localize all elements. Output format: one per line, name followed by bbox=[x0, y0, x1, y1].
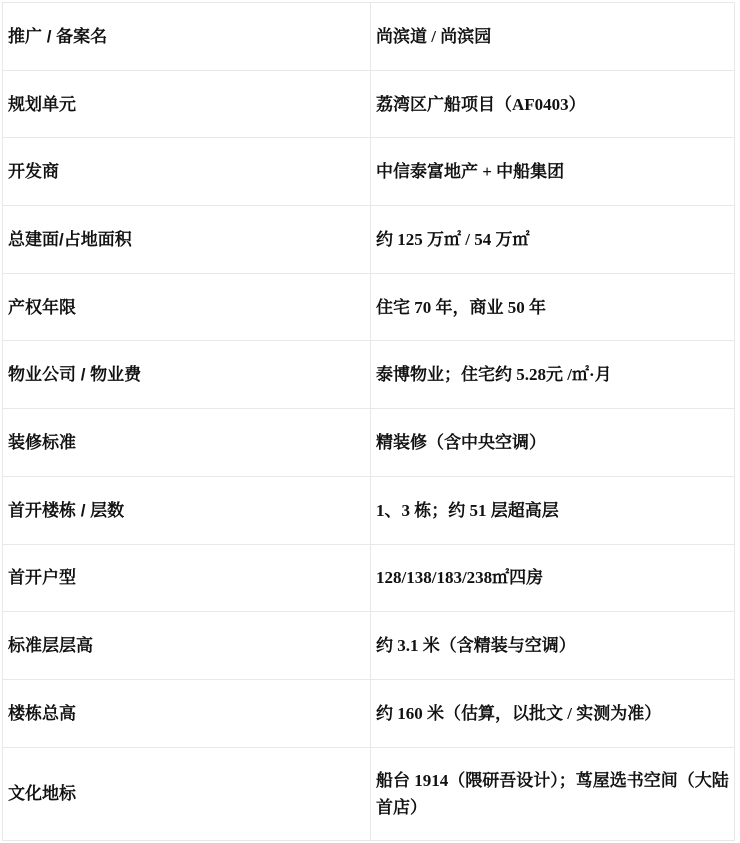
table-row: 文化地标 船台 1914（隈研吾设计）；茑屋选书空间（大陆首店） bbox=[3, 747, 735, 840]
field-label: 开发商 bbox=[3, 138, 371, 206]
field-value: 中信泰富地产 + 中船集团 bbox=[371, 138, 735, 206]
table-row: 产权年限 住宅 70 年，商业 50 年 bbox=[3, 273, 735, 341]
field-label: 推广 / 备案名 bbox=[3, 3, 371, 71]
field-value: 精装修（含中央空调） bbox=[371, 409, 735, 477]
field-label: 标准层层高 bbox=[3, 612, 371, 680]
field-value: 住宅 70 年，商业 50 年 bbox=[371, 273, 735, 341]
field-label: 产权年限 bbox=[3, 273, 371, 341]
table-row: 首开楼栋 / 层数 1、3 栋；约 51 层超高层 bbox=[3, 476, 735, 544]
field-label: 总建面/占地面积 bbox=[3, 206, 371, 274]
table-row: 推广 / 备案名 尚滨道 / 尚滨园 bbox=[3, 3, 735, 71]
field-value: 128/138/183/238㎡四房 bbox=[371, 544, 735, 612]
field-value: 船台 1914（隈研吾设计）；茑屋选书空间（大陆首店） bbox=[371, 747, 735, 840]
page: 推广 / 备案名 尚滨道 / 尚滨园 规划单元 荔湾区广船项目（AF0403） … bbox=[0, 0, 740, 843]
field-value: 1、3 栋；约 51 层超高层 bbox=[371, 476, 735, 544]
table-row: 装修标准 精装修（含中央空调） bbox=[3, 409, 735, 477]
project-info-table: 推广 / 备案名 尚滨道 / 尚滨园 规划单元 荔湾区广船项目（AF0403） … bbox=[2, 2, 735, 841]
field-label: 首开楼栋 / 层数 bbox=[3, 476, 371, 544]
field-value: 荔湾区广船项目（AF0403） bbox=[371, 70, 735, 138]
field-value: 约 160 米（估算，以批文 / 实测为准） bbox=[371, 679, 735, 747]
field-label: 物业公司 / 物业费 bbox=[3, 341, 371, 409]
field-value: 泰博物业；住宅约 5.28元 /㎡·月 bbox=[371, 341, 735, 409]
field-label: 文化地标 bbox=[3, 747, 371, 840]
field-value: 约 3.1 米（含精装与空调） bbox=[371, 612, 735, 680]
field-label: 首开户型 bbox=[3, 544, 371, 612]
table-row: 总建面/占地面积 约 125 万㎡ / 54 万㎡ bbox=[3, 206, 735, 274]
field-value: 尚滨道 / 尚滨园 bbox=[371, 3, 735, 71]
table-row: 物业公司 / 物业费 泰博物业；住宅约 5.28元 /㎡·月 bbox=[3, 341, 735, 409]
field-label: 楼栋总高 bbox=[3, 679, 371, 747]
field-label: 规划单元 bbox=[3, 70, 371, 138]
table-row: 规划单元 荔湾区广船项目（AF0403） bbox=[3, 70, 735, 138]
table-row: 首开户型 128/138/183/238㎡四房 bbox=[3, 544, 735, 612]
field-value: 约 125 万㎡ / 54 万㎡ bbox=[371, 206, 735, 274]
table-row: 楼栋总高 约 160 米（估算，以批文 / 实测为准） bbox=[3, 679, 735, 747]
table-row: 开发商 中信泰富地产 + 中船集团 bbox=[3, 138, 735, 206]
table-row: 标准层层高 约 3.1 米（含精装与空调） bbox=[3, 612, 735, 680]
field-label: 装修标准 bbox=[3, 409, 371, 477]
